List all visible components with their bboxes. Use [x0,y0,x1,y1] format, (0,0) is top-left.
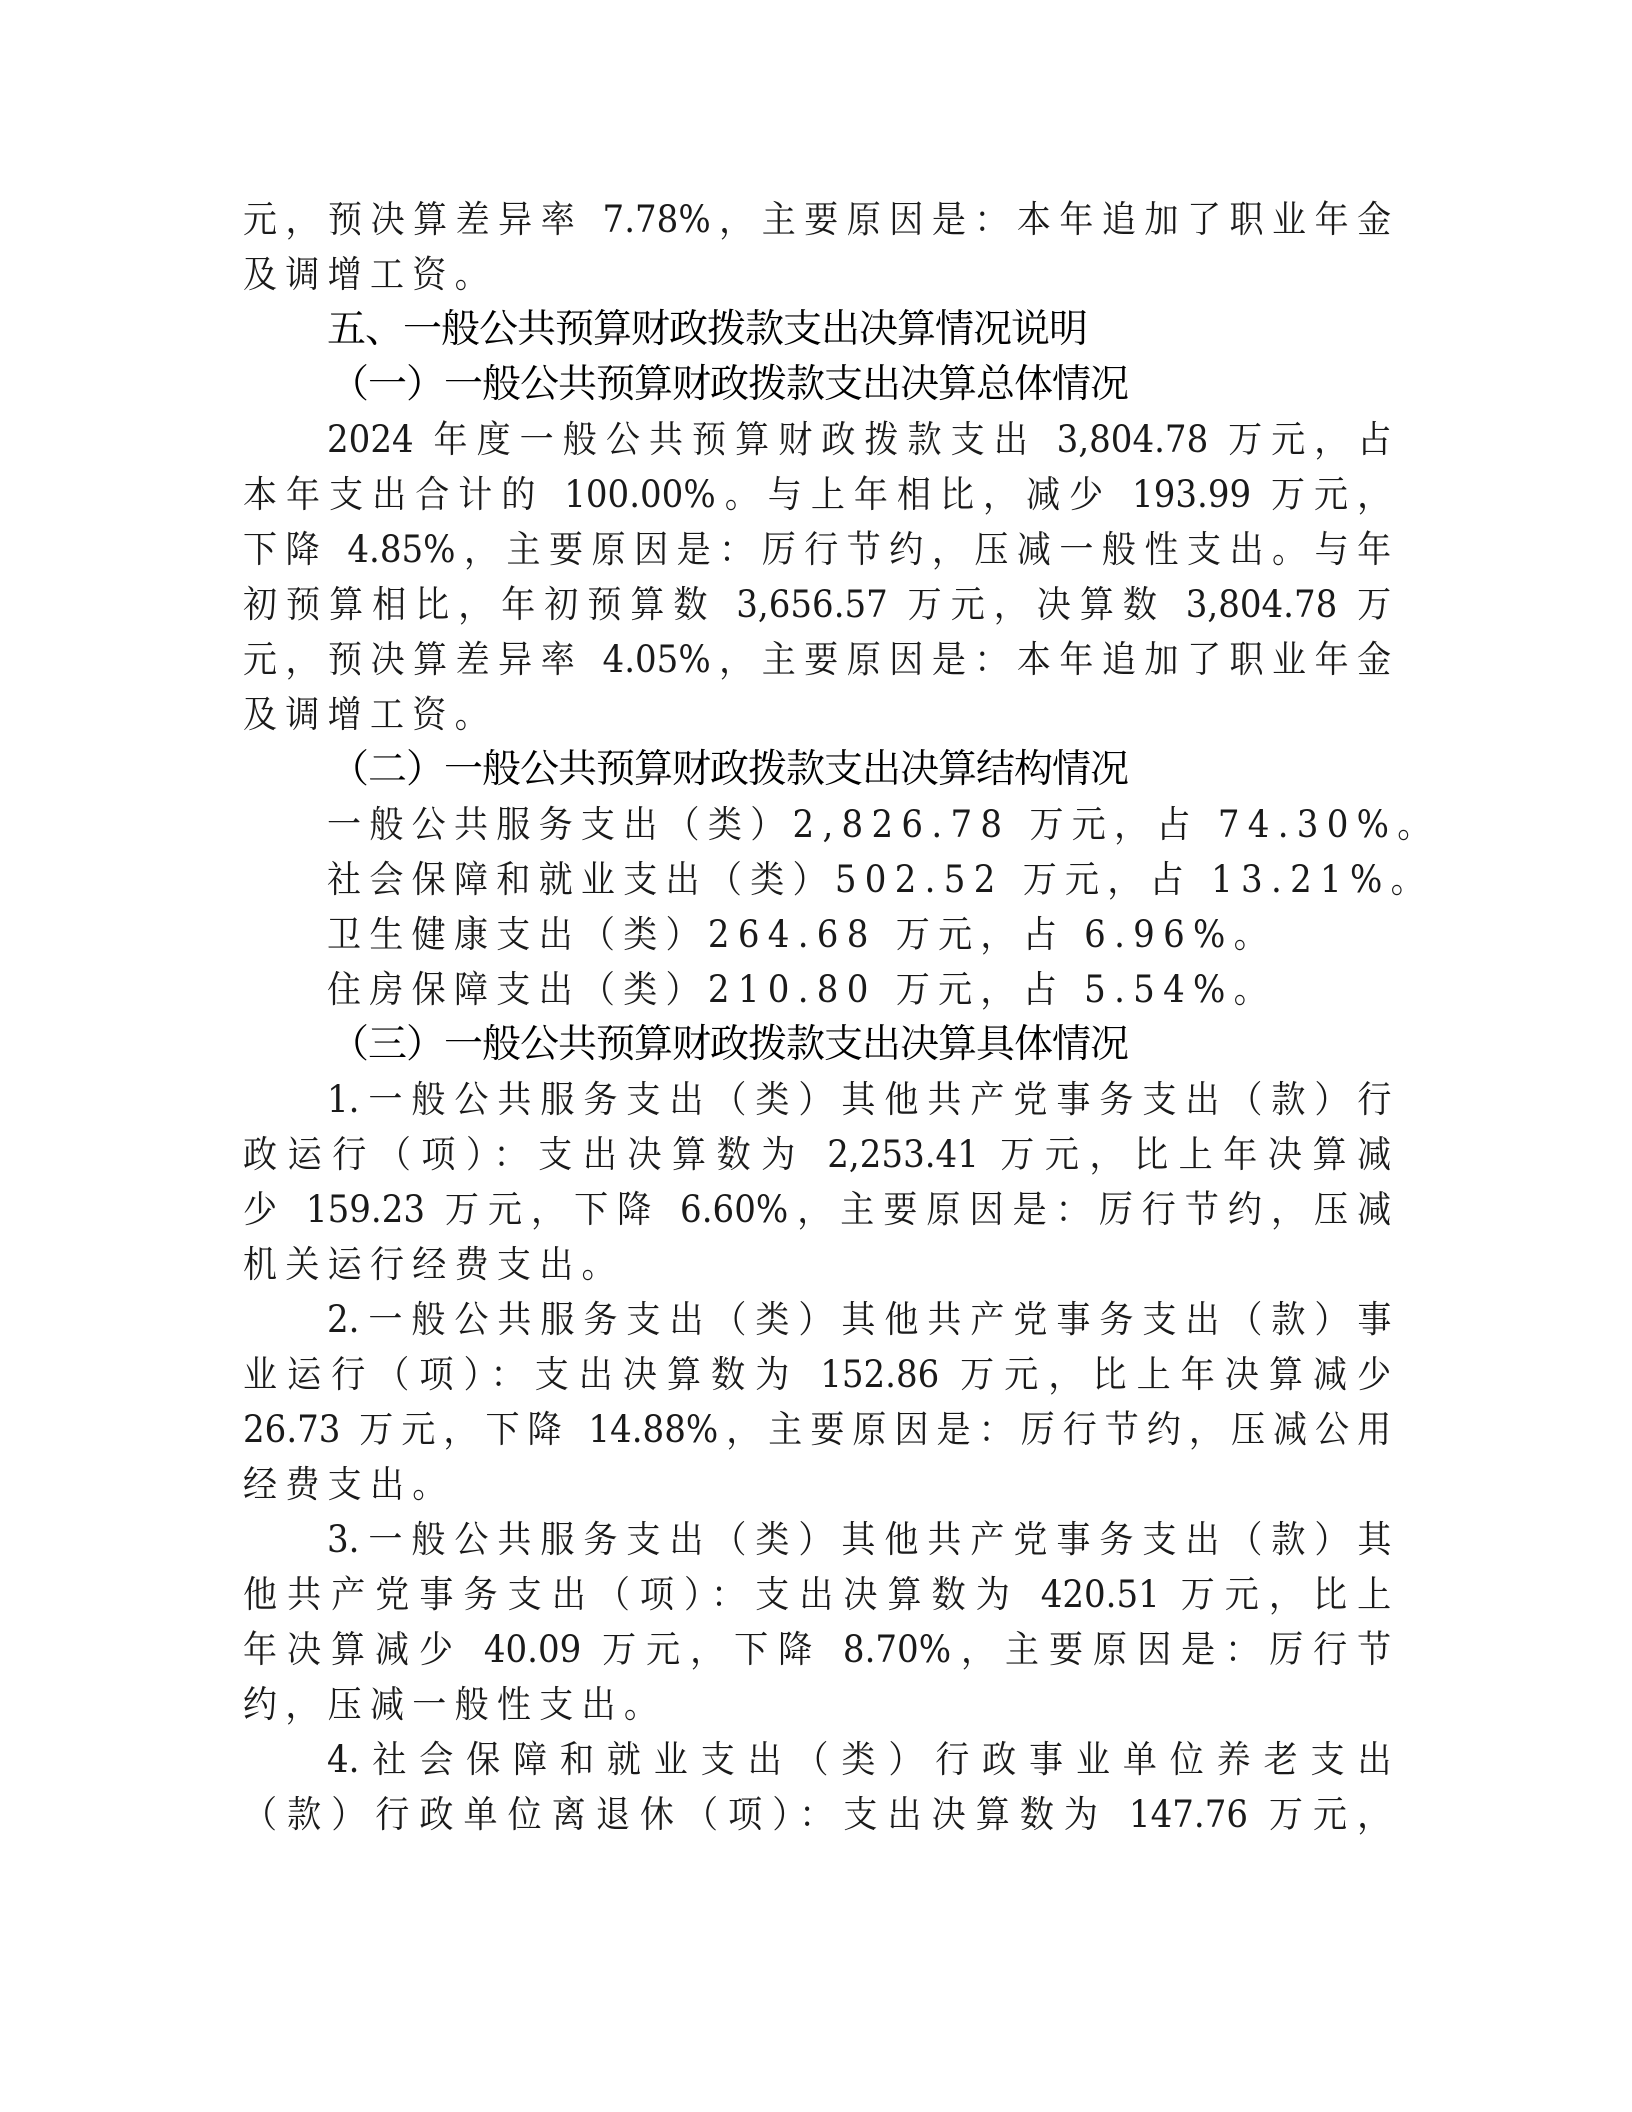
paragraph-line: 及调增工资。 [243,687,1299,742]
subsection-heading: （三）一般公共预算财政拨款支出决算具体情况 [330,1017,1128,1072]
document-page: 元，预决算差异率 7.78%，主要原因是：本年追加了职业年金 及调增工资。 五、… [0,0,1632,2112]
item-line: 年决算减少 40.09 万元，下降 8.70%，主要原因是：厉行节 [243,1622,1391,1677]
item-line: （款）行政单位离退休（项）：支出决算数为 147.76 万元， [243,1787,1391,1842]
item-line: 他共产党事务支出（项）：支出决算数为 420.51 万元，比上 [243,1567,1391,1622]
structure-line: 一般公共服务支出（类）2,826.78 万元，占 74.30%。 [327,797,1383,852]
item-line: 少 159.23 万元，下降 6.60%，主要原因是：厉行节约，压减 [243,1182,1391,1237]
subsection-heading: （二）一般公共预算财政拨款支出决算结构情况 [330,742,1128,797]
item-line: 机关运行经费支出。 [243,1237,1299,1292]
paragraph-line: 元，预决算差异率 4.05%，主要原因是：本年追加了职业年金 [243,632,1391,687]
subsection-heading: （一）一般公共预算财政拨款支出决算总体情况 [330,357,1128,412]
paragraph-line: 2024 年度一般公共预算财政拨款支出 3,804.78 万元，占 [327,412,1391,467]
item-line: 26.73 万元，下降 14.88%，主要原因是：厉行节约，压减公用 [243,1402,1391,1457]
item-line: 4.社会保障和就业支出（类）行政事业单位养老支出 [327,1732,1391,1787]
item-line: 2.一般公共服务支出（类）其他共产党事务支出（款）事 [327,1292,1391,1347]
paragraph-line: 初预算相比，年初预算数 3,656.57 万元，决算数 3,804.78 万 [243,577,1391,632]
paragraph-line: 本年支出合计的 100.00%。与上年相比，减少 193.99 万元， [243,467,1391,522]
paragraph-line: 及调增工资。 [243,247,1299,302]
item-line: 1.一般公共服务支出（类）其他共产党事务支出（款）行 [327,1072,1391,1127]
structure-line: 住房保障支出（类）210.80 万元，占 5.54%。 [327,962,1383,1017]
paragraph-line: 元，预决算差异率 7.78%，主要原因是：本年追加了职业年金 [243,192,1391,247]
item-line: 业运行（项）：支出决算数为 152.86 万元，比上年决算减少 [243,1347,1391,1402]
item-line: 政运行（项）：支出决算数为 2,253.41 万元，比上年决算减 [243,1127,1391,1182]
item-line: 约，压减一般性支出。 [243,1677,1299,1732]
item-line: 3.一般公共服务支出（类）其他共产党事务支出（款）其 [327,1512,1391,1567]
item-line: 经费支出。 [243,1457,1299,1512]
section-heading: 五、一般公共预算财政拨款支出决算情况说明 [327,302,1087,357]
paragraph-line: 下降 4.85%，主要原因是：厉行节约，压减一般性支出。与年 [243,522,1391,577]
structure-line: 社会保障和就业支出（类）502.52 万元，占 13.21%。 [327,852,1383,907]
structure-line: 卫生健康支出（类）264.68 万元，占 6.96%。 [327,907,1383,962]
